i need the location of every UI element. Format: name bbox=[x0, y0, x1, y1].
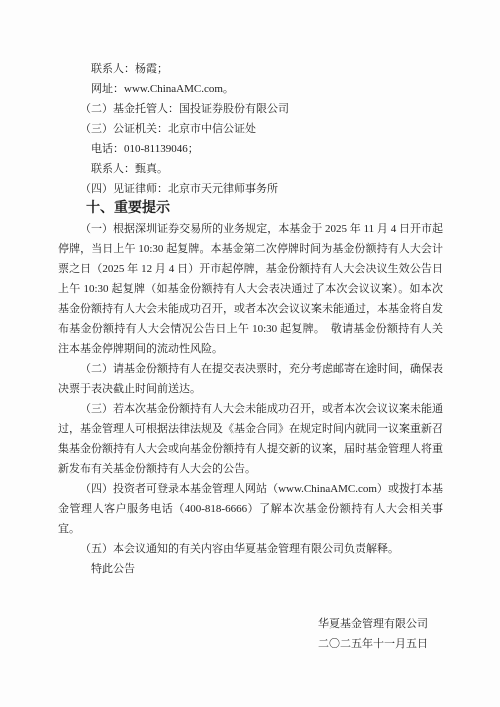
signature-company: 华夏基金管理有限公司 bbox=[58, 614, 428, 634]
witness-lawyer-line: （四）见证律师：北京市天元律师事务所 bbox=[58, 179, 443, 199]
important-notice-heading: 十、重要提示 bbox=[58, 199, 443, 219]
website-line: 网址：www.ChinaAMC.com。 bbox=[58, 79, 443, 99]
notice-paragraph-2: （二）请基金份额持有人在提交表决票时，充分考虑邮寄在途时间，确保表决票于表决截止… bbox=[58, 359, 443, 399]
phone-line: 电话：010-81139046； bbox=[58, 139, 443, 159]
announcement-body: 联系人：杨霞； 网址：www.ChinaAMC.com。 （二）基金托管人：国投… bbox=[0, 0, 500, 654]
notice-paragraph-4: （四）投资者可登录本基金管理人网站（www.ChinaAMC.com）或拨打本基… bbox=[58, 479, 443, 539]
closing-statement: 特此公告 bbox=[58, 559, 443, 579]
contact-person-line-2: 联系人：甄真。 bbox=[58, 159, 443, 179]
notice-paragraph-1: （一）根据深圳证券交易所的业务规定，本基金于 2025 年 11 月 4 日开市… bbox=[58, 219, 443, 359]
notice-paragraph-5: （五）本会议通知的有关内容由华夏基金管理有限公司负责解释。 bbox=[58, 539, 443, 559]
announcement-page: 联系人：杨霞； 网址：www.ChinaAMC.com。 （二）基金托管人：国投… bbox=[0, 0, 500, 707]
notary-office-line: （三）公证机关：北京市中信公证处 bbox=[58, 119, 443, 139]
fund-custodian-line: （二）基金托管人：国投证券股份有限公司 bbox=[58, 99, 443, 119]
notice-paragraph-3: （三）若本次基金份额持有人大会未能成功召开，或者本次会议议案未能通过，基金管理人… bbox=[58, 399, 443, 479]
contact-person-line: 联系人：杨霞； bbox=[58, 59, 443, 79]
signature-block: 华夏基金管理有限公司 二〇二五年十一月五日 bbox=[58, 614, 443, 654]
signature-date: 二〇二五年十一月五日 bbox=[58, 634, 428, 654]
